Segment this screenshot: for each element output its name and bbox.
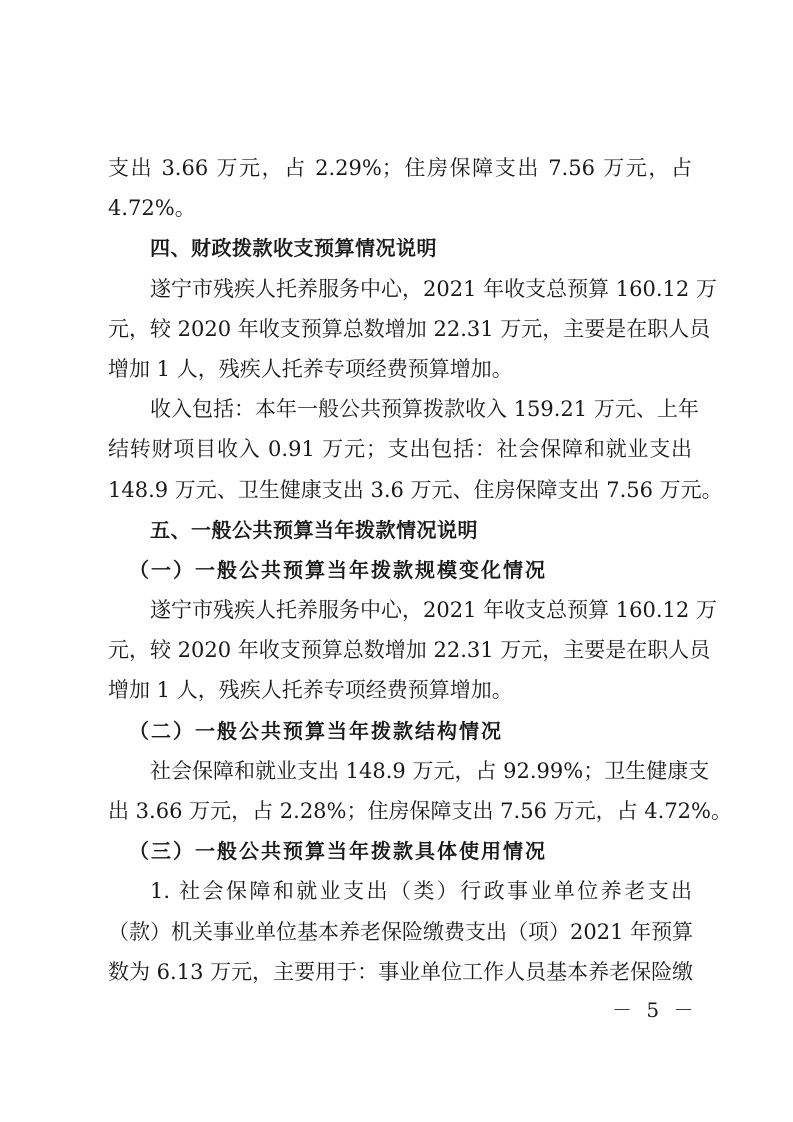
subsection-heading-2: （二）一般公共预算当年拨款结构情况 (108, 711, 692, 751)
paragraph-line: 遂宁市残疾人托养服务中心，2021 年收支总预算 160.12 万 (108, 269, 692, 309)
paragraph-line: 148.9 万元、卫生健康支出 3.6 万元、住房保障支出 7.56 万元。 (108, 470, 692, 510)
page-number: － 5 － (612, 994, 697, 1023)
section-heading-4: 四、财政拨款收支预算情况说明 (108, 228, 692, 268)
paragraph-line: 出 3.66 万元，占 2.28%；住房保障支出 7.56 万元，占 4.72%… (108, 791, 692, 831)
paragraph-line: 4.72%。 (108, 188, 692, 228)
paragraph-line: 增加 1 人，残疾人托养专项经费预算增加。 (108, 349, 692, 389)
paragraph-line: 1. 社会保障和就业支出（类）行政事业单位养老支出 (108, 871, 692, 911)
section-heading-5: 五、一般公共预算当年拨款情况说明 (108, 510, 692, 550)
paragraph-line: 支出 3.66 万元，占 2.29%；住房保障支出 7.56 万元，占 (108, 148, 692, 188)
paragraph-line: 元，较 2020 年收支预算总数增加 22.31 万元，主要是在职人员 (108, 630, 692, 670)
document-page: 支出 3.66 万元，占 2.29%；住房保障支出 7.56 万元，占 4.72… (108, 148, 692, 992)
paragraph-line: 元，较 2020 年收支预算总数增加 22.31 万元，主要是在职人员 (108, 309, 692, 349)
subsection-heading-3: （三）一般公共预算当年拨款具体使用情况 (108, 831, 692, 871)
paragraph-line: 收入包括：本年一般公共预算拨款收入 159.21 万元、上年 (108, 389, 692, 429)
paragraph-line: 数为 6.13 万元，主要用于：事业单位工作人员基本养老保险缴 (108, 952, 692, 992)
paragraph-line: 结转财项目收入 0.91 万元；支出包括：社会保障和就业支出 (108, 429, 692, 469)
paragraph-line: 遂宁市残疾人托养服务中心，2021 年收支总预算 160.12 万 (108, 590, 692, 630)
paragraph-line: （款）机关事业单位基本养老保险缴费支出（项）2021 年预算 (108, 912, 692, 952)
subsection-heading-1: （一）一般公共预算当年拨款规模变化情况 (108, 550, 692, 590)
paragraph-line: 增加 1 人，残疾人托养专项经费预算增加。 (108, 670, 692, 710)
paragraph-line: 社会保障和就业支出 148.9 万元，占 92.99%；卫生健康支 (108, 751, 692, 791)
